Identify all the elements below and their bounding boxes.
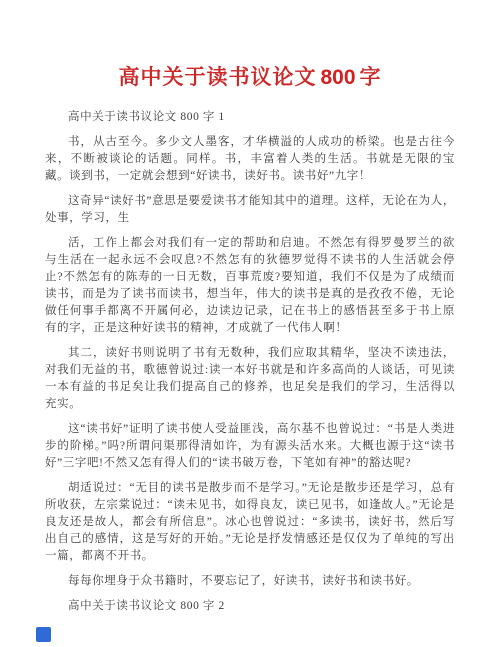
paragraph: 这“读书好”证明了读书使人受益匪浅，高尔基不也曾说过：“书是人类进步的阶梯。”吗… — [45, 421, 455, 472]
section-heading-2: 高中关于读书议论文 800 字 2 — [45, 598, 455, 615]
paragraph: 书，从古至今。多少文人墨客，才华横溢的人成功的桥梁。也是古往今来，不断被谈论的话… — [45, 134, 455, 185]
section-heading-1: 高中关于读书议论文 800 字 1 — [45, 109, 455, 126]
title-text: 高中关于读书议论文 — [118, 65, 316, 89]
paragraph: 胡适说过：“无目的读书是散步而不是学习。”无论是散步还是学习，总有所收获，左宗棠… — [45, 480, 455, 565]
paragraph: 其二，读好书则说明了书有无数种，我们应取其精华，坚决不读违法，对我们无益的书，歌… — [45, 345, 455, 413]
document-page: 高中关于读书议论文800字 高中关于读书议论文 800 字 1 书，从古至今。多… — [0, 0, 500, 647]
title-suffix: 字 — [360, 65, 382, 89]
document-content: 高中关于读书议论文800字 高中关于读书议论文 800 字 1 书，从古至今。多… — [0, 0, 500, 615]
title-number: 800 — [320, 66, 355, 89]
page-title: 高中关于读书议论文800字 — [45, 62, 455, 93]
paragraph: 这奇异“读好书”意思是要爱读书才能知其中的道理。这样，无论在为人，处事，学习，生 — [45, 193, 455, 227]
paragraph: 活，工作上都会对我们有一定的帮助和启迪。不然怎有得罗曼罗兰的欲与生活在一起永远不… — [45, 235, 455, 337]
paragraph: 每每你埋身于众书籍时，不要忘记了，好读书，读好书和读书好。 — [45, 573, 455, 590]
blue-marker-icon — [36, 627, 51, 642]
